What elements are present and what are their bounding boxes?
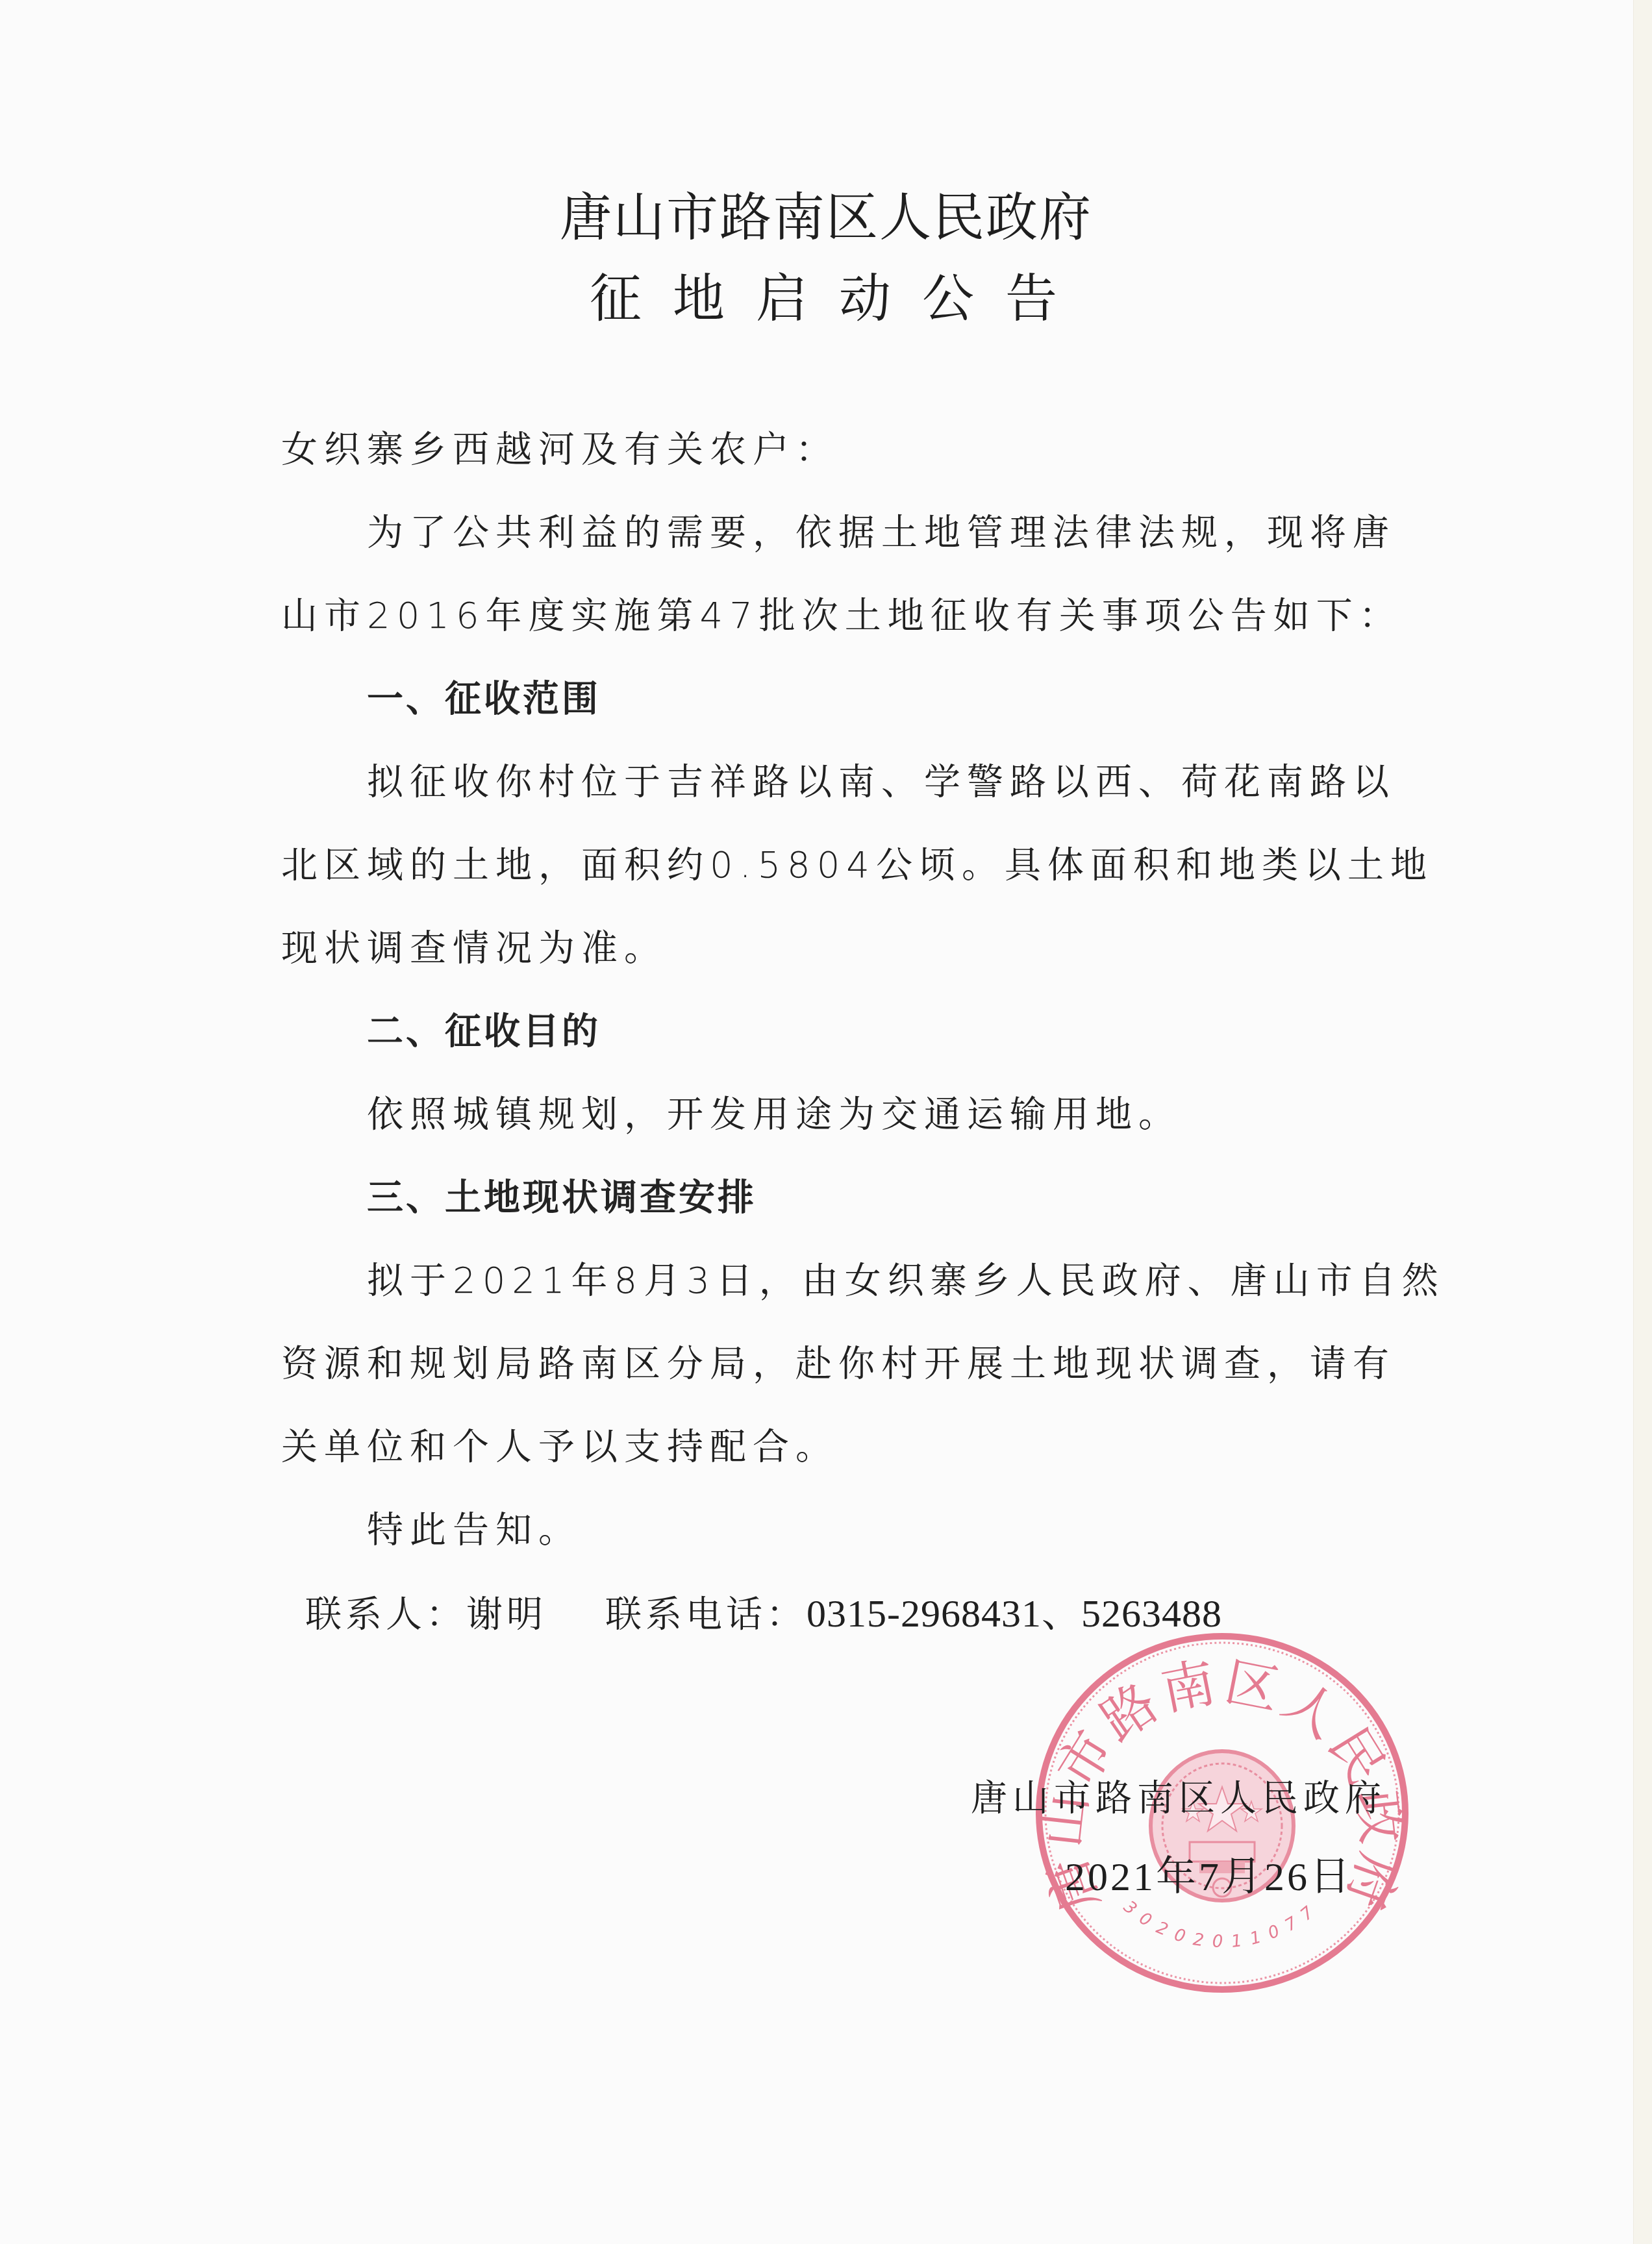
closing-remark: 特此告知。 bbox=[367, 1509, 1490, 1552]
signature-date: 2021年7月26日 bbox=[1065, 1844, 1353, 1902]
contact-phone-numbers: 0315-2968431、5263488 bbox=[807, 1592, 1222, 1635]
section-scope-line-2: 北区域的土地，面积约0.5804公顷。具体面积和地类以土地 bbox=[281, 844, 1405, 887]
section-heading-survey: 三、土地现状调查安排 bbox=[367, 1177, 1490, 1219]
salutation: 女织寨乡西越河及有关农户： bbox=[281, 429, 1405, 471]
document-title: 征地启动公告 bbox=[0, 256, 1652, 331]
intro-line-1: 为了公共利益的需要，依据土地管理法律法规，现将唐 bbox=[367, 512, 1490, 555]
section-heading-scope: 一、征收范围 bbox=[367, 678, 1490, 721]
intro-line-2: 山市2016年度实施第47批次土地征收有关事项公告如下： bbox=[281, 595, 1405, 638]
contact-person-name: 谢明 bbox=[466, 1593, 547, 1636]
section-survey-line-1: 拟于2021年8月3日，由女织寨乡人民政府、唐山市自然 bbox=[367, 1260, 1490, 1303]
contact-phone-label: 联系电话： bbox=[605, 1593, 807, 1636]
contact-line: 联系人：谢明联系电话：0315-2968431、5263488 bbox=[305, 1592, 1429, 1636]
section-heading-purpose: 二、征收目的 bbox=[367, 1010, 1490, 1053]
section-survey-line-3: 关单位和个人予以支持配合。 bbox=[281, 1426, 1405, 1469]
scan-edge bbox=[1633, 0, 1652, 2244]
signature-organization: 唐山市路南区人民政府 bbox=[971, 1769, 1386, 1821]
section-scope-line-1: 拟征收你村位于吉祥路以南、学警路以西、荷花南路以 bbox=[367, 761, 1490, 804]
section-scope-line-3: 现状调查情况为准。 bbox=[281, 927, 1405, 970]
document-title-issuer: 唐山市路南区人民政府 bbox=[0, 175, 1652, 250]
contact-person-label: 联系人： bbox=[305, 1593, 466, 1636]
document-page: 唐山市路南区人民政府 征地启动公告 女织寨乡西越河及有关农户： 为了公共利益的需… bbox=[0, 0, 1652, 2244]
section-survey-line-2: 资源和规划局路南区分局，赴你村开展土地现状调查，请有 bbox=[281, 1343, 1405, 1386]
section-purpose-line-1: 依照城镇规划，开发用途为交通运输用地。 bbox=[367, 1093, 1490, 1136]
